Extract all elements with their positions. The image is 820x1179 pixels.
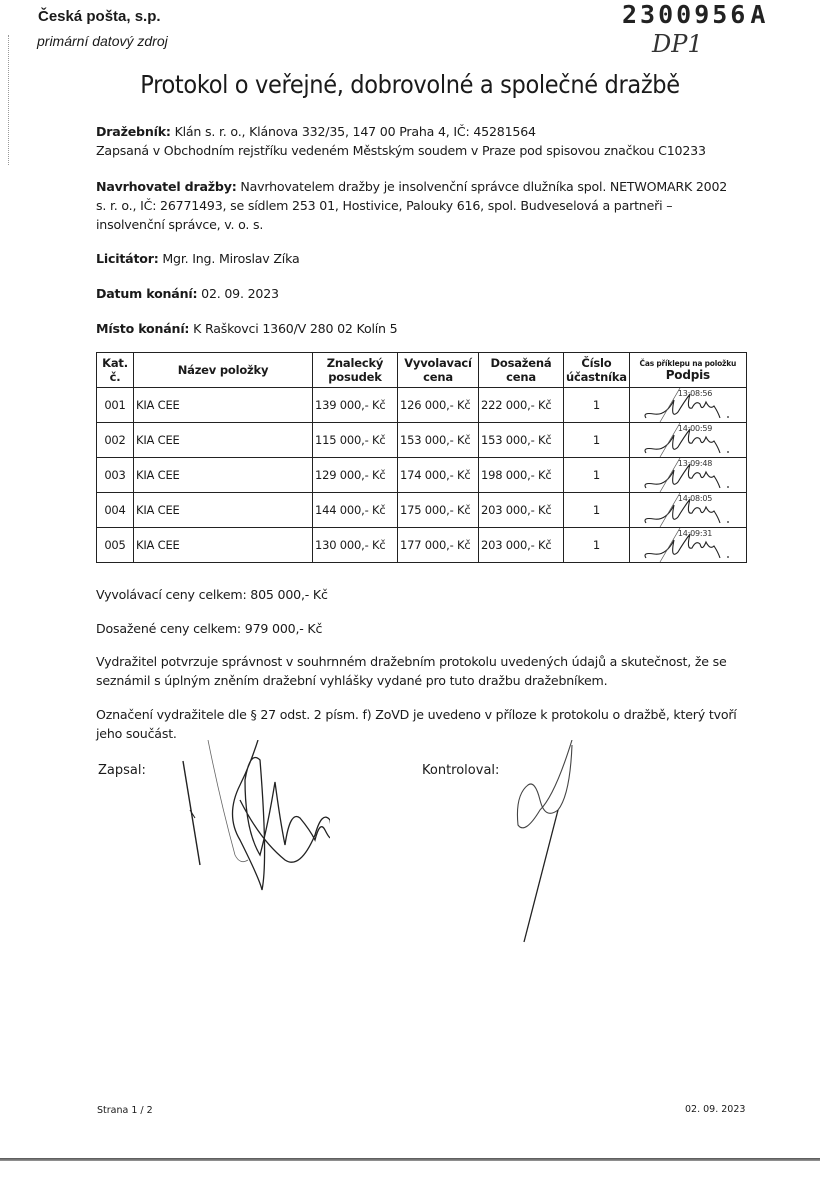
cell-item-name: KIA CEE <box>134 423 313 458</box>
cell-signature: 13:08:56 <box>629 388 746 423</box>
table-header-row: Kat. č. Název položky Znaleckýposudek Vy… <box>97 353 747 388</box>
table-row: 002KIA CEE115 000,- Kč153 000,- Kč153 00… <box>97 423 747 458</box>
table-row: 003KIA CEE129 000,- Kč174 000,- Kč198 00… <box>97 458 747 493</box>
cell-starting-price: 175 000,- Kč <box>398 493 479 528</box>
date-value: 02. 09. 2023 <box>201 286 279 301</box>
col-starting-price: Vyvolavacícena <box>398 353 479 388</box>
licitator-label: Licitátor: <box>96 251 159 266</box>
hammer-time: 13:09:48 <box>678 459 712 468</box>
col-appraisal-line1: Znalecký <box>327 356 383 370</box>
handwritten-note: DP1 <box>652 30 703 58</box>
footer-date: 02. 09. 2023 <box>685 1104 745 1115</box>
cell-achieved-price: 203 000,- Kč <box>479 528 564 563</box>
cell-item-name: KIA CEE <box>134 493 313 528</box>
cell-signature: 14:09:31 <box>629 528 746 563</box>
licitator-value: Mgr. Ing. Miroslav Zíka <box>162 251 299 266</box>
col-signature-label: Podpis <box>632 368 744 382</box>
hammer-time: 14:09:31 <box>678 529 712 538</box>
cell-starting-price: 153 000,- Kč <box>398 423 479 458</box>
table-row: 004KIA CEE144 000,- Kč175 000,- Kč203 00… <box>97 493 747 528</box>
designation-statement: Označení vydražitele dle § 27 odst. 2 pí… <box>96 705 744 743</box>
col-participant-line2: účastníka <box>566 370 627 384</box>
col-signature-time-label: Čas příklepu na položku <box>632 359 744 368</box>
date-block: Datum konání: 02. 09. 2023 <box>96 284 736 303</box>
cell-participant: 1 <box>564 458 630 493</box>
col-participant-line1: Číslo <box>581 356 611 370</box>
cell-achieved-price: 222 000,- Kč <box>479 388 564 423</box>
col-item-name: Název položky <box>134 353 313 388</box>
cell-participant: 1 <box>564 493 630 528</box>
hammer-time: 14:00:59 <box>678 424 712 433</box>
col-cat-no: Kat. č. <box>97 353 134 388</box>
table-row: 001KIA CEE139 000,- Kč126 000,- Kč222 00… <box>97 388 747 423</box>
col-achieved-line1: Dosažená <box>491 356 552 370</box>
auctioneer-label: Dražebník: <box>96 124 171 139</box>
cell-starting-price: 174 000,- Kč <box>398 458 479 493</box>
confirmation-statement: Vydražitel potvrzuje správnost v souhrnn… <box>96 652 744 690</box>
auctioneer-registration: Zapsaná v Obchodním rejstříku vedeném Mě… <box>96 143 706 158</box>
source-note: primární datový zdroj <box>37 33 168 49</box>
checked-by-signature <box>500 740 580 950</box>
col-appraisal-line2: posudek <box>328 370 381 384</box>
hammer-time: 13:08:56 <box>678 389 712 398</box>
cell-cat-no: 002 <box>97 423 134 458</box>
cell-participant: 1 <box>564 423 630 458</box>
cell-starting-price: 177 000,- Kč <box>398 528 479 563</box>
auctioneer-value: Klán s. r. o., Klánova 332/35, 147 00 Pr… <box>175 124 536 139</box>
cell-achieved-price: 198 000,- Kč <box>479 458 564 493</box>
place-label: Místo konání: <box>96 321 189 336</box>
document-number-digits: 2300956 <box>622 0 748 29</box>
auctioneer-block: Dražebník: Klán s. r. o., Klánova 332/35… <box>96 122 736 160</box>
cell-appraisal: 115 000,- Kč <box>313 423 398 458</box>
cell-appraisal: 129 000,- Kč <box>313 458 398 493</box>
col-starting-line2: cena <box>423 370 453 384</box>
cell-cat-no: 003 <box>97 458 134 493</box>
cell-cat-no: 004 <box>97 493 134 528</box>
page-number: Strana 1 / 2 <box>97 1105 153 1116</box>
cell-achieved-price: 203 000,- Kč <box>479 493 564 528</box>
cell-signature: 14:08:05 <box>629 493 746 528</box>
table-row: 005KIA CEE130 000,- Kč177 000,- Kč203 00… <box>97 528 747 563</box>
organization-name: Česká pošta, s.p. <box>38 8 161 25</box>
checked-by-label: Kontroloval: <box>422 763 499 778</box>
cell-item-name: KIA CEE <box>134 458 313 493</box>
document-number-suffix: A <box>750 0 768 29</box>
cell-starting-price: 126 000,- Kč <box>398 388 479 423</box>
cell-signature: 13:09:48 <box>629 458 746 493</box>
proposer-block: Navrhovatel dražby: Navrhovatelem dražby… <box>96 177 736 234</box>
col-appraisal: Znaleckýposudek <box>313 353 398 388</box>
place-value: K Raškovci 1360/V 280 02 Kolín 5 <box>193 321 397 336</box>
proposer-label: Navrhovatel dražby: <box>96 179 237 194</box>
page-title: Protokol o veřejné, dobrovolné a společn… <box>33 70 787 99</box>
cell-participant: 1 <box>564 388 630 423</box>
cell-item-name: KIA CEE <box>134 528 313 563</box>
scan-edge-artifact <box>8 35 10 165</box>
cell-appraisal: 130 000,- Kč <box>313 528 398 563</box>
col-participant: Čísloúčastníka <box>564 353 630 388</box>
recorded-by-label: Zapsal: <box>98 763 146 778</box>
document-number: 2300956A <box>622 0 768 29</box>
cell-signature: 14:00:59 <box>629 423 746 458</box>
cell-participant: 1 <box>564 528 630 563</box>
place-block: Místo konání: K Raškovci 1360/V 280 02 K… <box>96 319 736 338</box>
cell-cat-no: 001 <box>97 388 134 423</box>
col-achieved-price: Dosaženácena <box>479 353 564 388</box>
starting-total: Vyvolávací ceny celkem: 805 000,- Kč <box>96 585 736 604</box>
col-starting-line1: Vyvolavací <box>404 356 472 370</box>
date-label: Datum konání: <box>96 286 197 301</box>
achieved-total: Dosažené ceny celkem: 979 000,- Kč <box>96 619 736 638</box>
cell-appraisal: 144 000,- Kč <box>313 493 398 528</box>
hammer-time: 14:08:05 <box>678 494 712 503</box>
col-achieved-line2: cena <box>506 370 536 384</box>
cell-item-name: KIA CEE <box>134 388 313 423</box>
cell-achieved-price: 153 000,- Kč <box>479 423 564 458</box>
licitator-block: Licitátor: Mgr. Ing. Miroslav Zíka <box>96 249 736 268</box>
cell-appraisal: 139 000,- Kč <box>313 388 398 423</box>
footer-rule <box>0 1158 820 1161</box>
auction-items-table: Kat. č. Název položky Znaleckýposudek Vy… <box>96 352 747 563</box>
col-signature: Čas příklepu na položkuPodpis <box>629 353 746 388</box>
recorded-by-signature <box>150 740 330 900</box>
cell-cat-no: 005 <box>97 528 134 563</box>
